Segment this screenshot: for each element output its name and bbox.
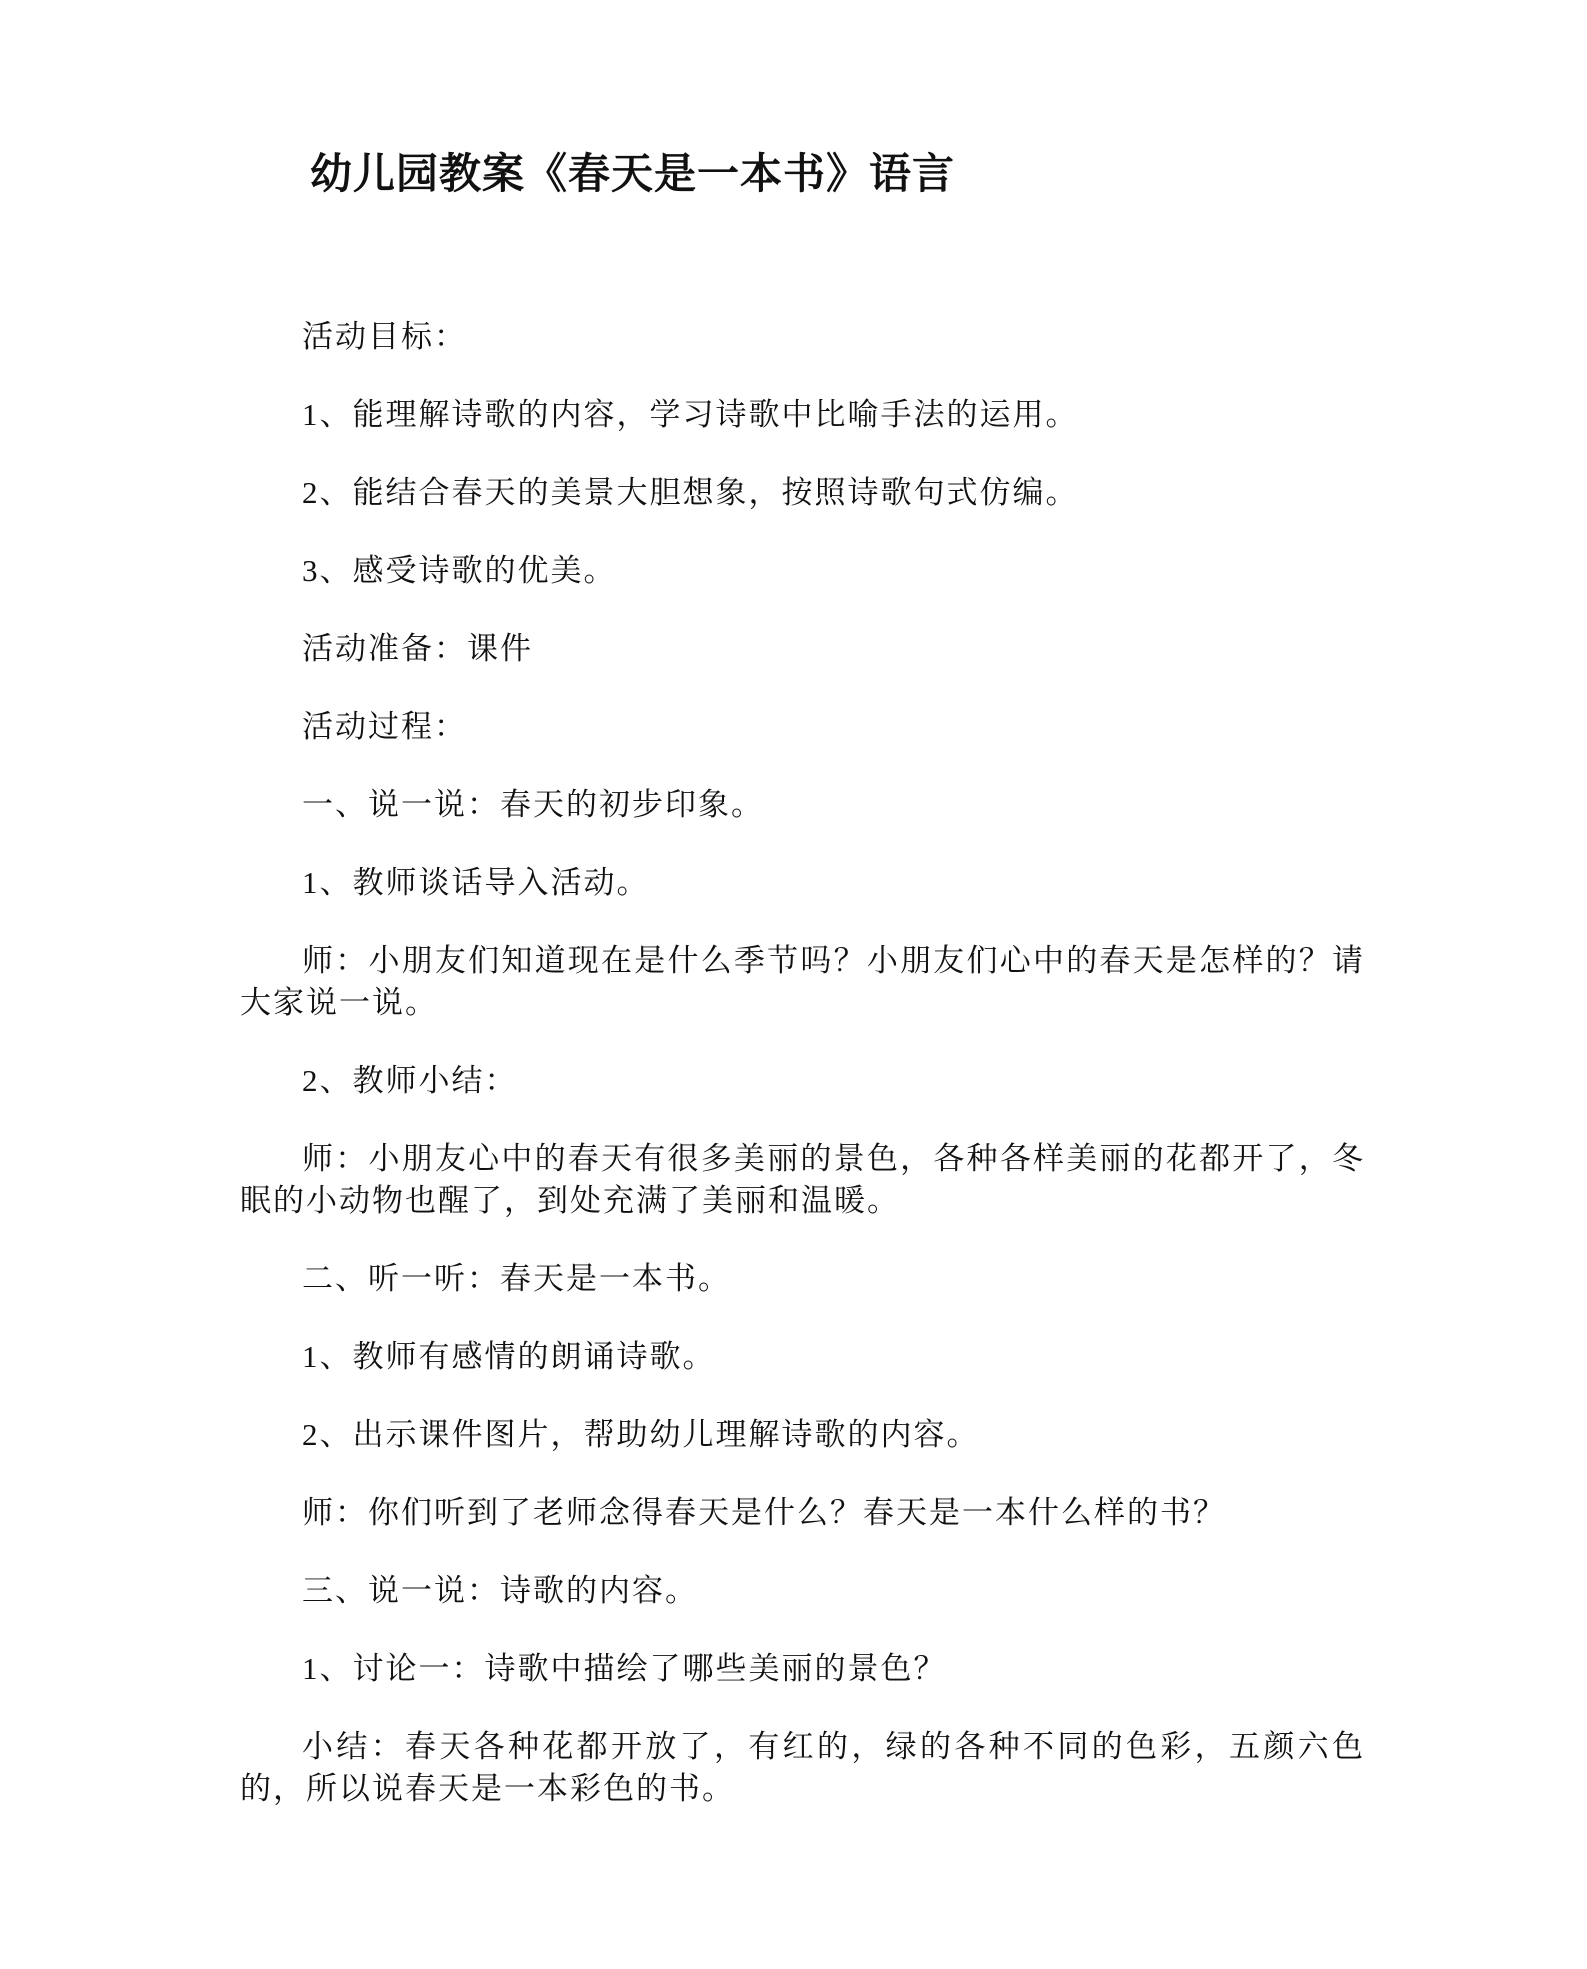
paragraph-teacher-line-2: 师：小朋友心中的春天有很多美丽的景色，各种各样美丽的花都开了，冬眠的小动物也醒了… [240, 1138, 1365, 1222]
document-body: 活动目标： 1、能理解诗歌的内容，学习诗歌中比喻手法的运用。 2、能结合春天的美… [0, 316, 1587, 1810]
paragraph-teacher-line-1: 师：小朋友们知道现在是什么季节吗？小朋友们心中的春天是怎样的？请大家说一说。 [240, 940, 1365, 1024]
paragraph-summary: 小结：春天各种花都开放了，有红的，绿的各种不同的色彩，五颜六色的，所以说春天是一… [240, 1726, 1365, 1810]
paragraph-goal-3: 3、感受诗歌的优美。 [240, 550, 1365, 592]
paragraph-activity-preparation: 活动准备：课件 [240, 628, 1365, 670]
paragraph-section-2-step-1: 1、教师有感情的朗诵诗歌。 [240, 1336, 1365, 1378]
paragraph-section-1-heading: 一、说一说：春天的初步印象。 [240, 784, 1365, 826]
paragraph-goal-1: 1、能理解诗歌的内容，学习诗歌中比喻手法的运用。 [240, 394, 1365, 436]
document-page: 幼儿园教案《春天是一本书》语言 活动目标： 1、能理解诗歌的内容，学习诗歌中比喻… [0, 0, 1587, 1969]
paragraph-section-2-heading: 二、听一听：春天是一本书。 [240, 1258, 1365, 1300]
paragraph-section-1-step-2: 2、教师小结： [240, 1060, 1365, 1102]
paragraph-goal-2: 2、能结合春天的美景大胆想象，按照诗歌句式仿编。 [240, 472, 1365, 514]
paragraph-section-1-step-1: 1、教师谈话导入活动。 [240, 862, 1365, 904]
document-title: 幼儿园教案《春天是一本书》语言 [0, 0, 1587, 200]
paragraph-section-3-heading: 三、说一说：诗歌的内容。 [240, 1570, 1365, 1612]
paragraph-activity-process-heading: 活动过程： [240, 706, 1365, 748]
paragraph-section-2-step-2: 2、出示课件图片，帮助幼儿理解诗歌的内容。 [240, 1414, 1365, 1456]
paragraph-teacher-line-3: 师：你们听到了老师念得春天是什么？春天是一本什么样的书？ [240, 1492, 1365, 1534]
paragraph-activity-goals-heading: 活动目标： [240, 316, 1365, 358]
paragraph-section-3-discussion-1: 1、讨论一：诗歌中描绘了哪些美丽的景色？ [240, 1648, 1365, 1690]
